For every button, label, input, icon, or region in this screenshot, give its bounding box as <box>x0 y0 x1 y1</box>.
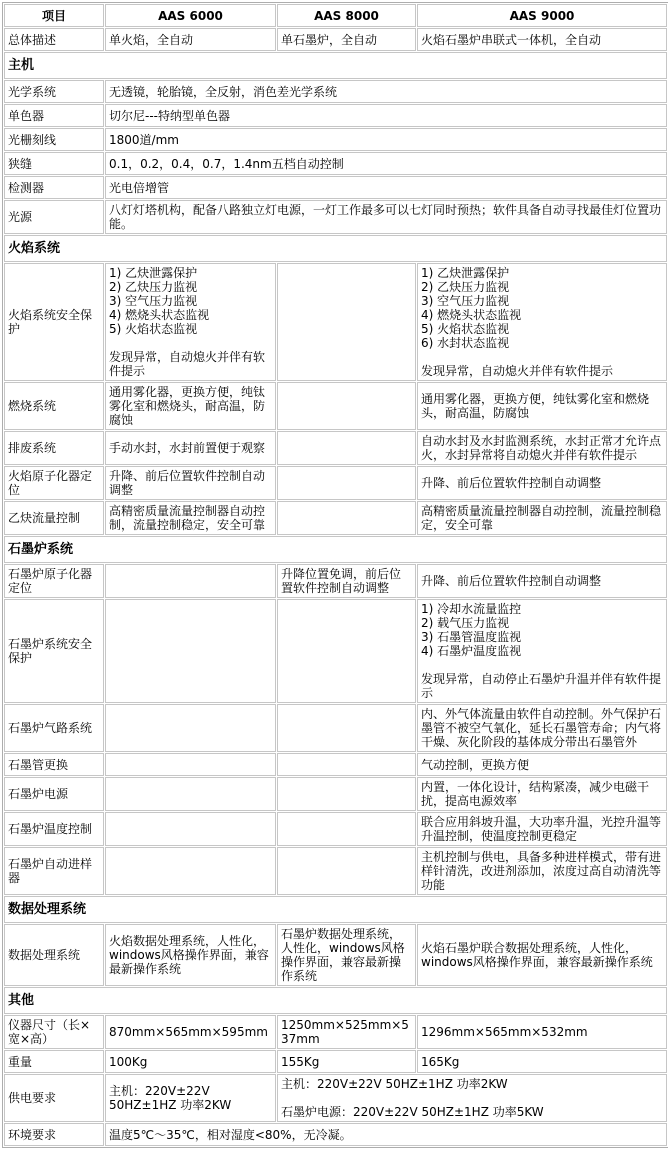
row-label-furnace-gas: 石墨炉气路系统 <box>4 704 104 752</box>
cell-furnace-gas-aas8000-empty <box>277 704 416 752</box>
row-weight: 重量 100Kg 155Kg 165Kg <box>4 1050 667 1073</box>
cell-furnace-temp-control-aas8000-empty <box>277 812 416 846</box>
cell-flame-atomizer-position-aas9000: 升降、前后位置软件控制自动调整 <box>417 466 667 500</box>
cell-optical-system-all: 无透镜，轮胎镜，全反射，消色差光学系统 <box>105 80 667 103</box>
cell-furnace-power-aas9000: 内置，一体化设计，结构紧凑，减少电磁干扰，提高电源效率 <box>417 777 667 811</box>
row-label-slit: 狭缝 <box>4 152 104 175</box>
row-tube-replacement: 石墨管更换 气动控制，更换方便 <box>4 753 667 776</box>
row-furnace-safety: 石墨炉系统安全保护 1) 冷却水流量监控 2) 载气压力监视 3) 石墨管温度监… <box>4 599 667 703</box>
cell-furnace-safety-aas6000-empty <box>105 599 276 703</box>
row-label-power-supply: 供电要求 <box>4 1074 104 1122</box>
header-aas8000: AAS 8000 <box>277 4 416 27</box>
cell-tube-replacement-aas6000-empty <box>105 753 276 776</box>
row-label-furnace-temp-control: 石墨炉温度控制 <box>4 812 104 846</box>
row-grating: 光栅刻线 1800道/mm <box>4 128 667 151</box>
row-overview: 总体描述 单火焰，全自动 单石墨炉，全自动 火焰石墨炉串联式一体机，全自动 <box>4 28 667 51</box>
section-title-host: 主机 <box>4 52 667 79</box>
cell-data-system-aas8000: 石墨炉数据处理系统，人性化，windows风格操作界面，兼容最新操作系统 <box>277 924 416 986</box>
row-label-dimensions: 仪器尺寸（长×宽×高） <box>4 1015 104 1049</box>
section-furnace: 石墨炉系统 <box>4 536 667 563</box>
row-detector: 检测器 光电倍增管 <box>4 176 667 199</box>
cell-autosampler-aas8000-empty <box>277 847 416 895</box>
cell-overview-aas8000: 单石墨炉，全自动 <box>277 28 416 51</box>
cell-weight-aas9000: 165Kg <box>417 1050 667 1073</box>
cell-autosampler-aas6000-empty <box>105 847 276 895</box>
row-label-tube-replacement: 石墨管更换 <box>4 753 104 776</box>
cell-drainage-aas6000: 手动水封，水封前置便于观察 <box>105 431 276 465</box>
row-label-furnace-safety: 石墨炉系统安全保护 <box>4 599 104 703</box>
cell-furnace-gas-aas6000-empty <box>105 704 276 752</box>
row-label-light-source: 光源 <box>4 200 104 234</box>
row-label-weight: 重量 <box>4 1050 104 1073</box>
cell-furnace-safety-aas8000-empty <box>277 599 416 703</box>
row-power-supply: 供电要求 主机：220V±22V 50HZ±1HZ 功率2KW 主机：220V±… <box>4 1074 667 1122</box>
row-label-furnace-power: 石墨炉电源 <box>4 777 104 811</box>
cell-furnace-atomizer-position-aas9000: 升降、前后位置软件控制自动调整 <box>417 564 667 598</box>
row-furnace-temp-control: 石墨炉温度控制 联合应用斜坡升温，大功率升温，光控升温等升温控制，使温度控制更稳… <box>4 812 667 846</box>
row-label-monochromator: 单色器 <box>4 104 104 127</box>
cell-furnace-atomizer-position-aas6000-empty <box>105 564 276 598</box>
cell-power-supply-aas6000: 主机：220V±22V 50HZ±1HZ 功率2KW <box>105 1074 276 1122</box>
row-label-flame-safety: 火焰系统安全保护 <box>4 263 104 381</box>
row-drainage: 排废系统 手动水封，水封前置便于观察 自动水封及水封监测系统，水封正常才允许点火… <box>4 431 667 465</box>
cell-weight-aas8000: 155Kg <box>277 1050 416 1073</box>
row-acetylene-flow: 乙炔流量控制 高精密质量流量控制器自动控制，流量控制稳定，安全可靠 高精密质量流… <box>4 501 667 535</box>
header-item: 项目 <box>4 4 104 27</box>
row-label-optical-system: 光学系统 <box>4 80 104 103</box>
header-aas9000: AAS 9000 <box>417 4 667 27</box>
row-optical-system: 光学系统 无透镜，轮胎镜，全反射，消色差光学系统 <box>4 80 667 103</box>
row-label-flame-atomizer-position: 火焰原子化器定位 <box>4 466 104 500</box>
cell-dimensions-aas6000: 870mm×565mm×595mm <box>105 1015 276 1049</box>
row-label-overview: 总体描述 <box>4 28 104 51</box>
row-furnace-power: 石墨炉电源 内置，一体化设计，结构紧凑，减少电磁干扰，提高电源效率 <box>4 777 667 811</box>
cell-data-system-aas6000: 火焰数据处理系统，人性化，windows风格操作界面，兼容最新操作系统 <box>105 924 276 986</box>
row-label-drainage: 排废系统 <box>4 431 104 465</box>
row-burner: 燃烧系统 通用雾化器，更换方便，纯钛雾化室和燃烧头，耐高温，防腐蚀 通用雾化器，… <box>4 382 667 430</box>
row-label-grating: 光栅刻线 <box>4 128 104 151</box>
cell-overview-aas6000: 单火焰，全自动 <box>105 28 276 51</box>
cell-furnace-temp-control-aas6000-empty <box>105 812 276 846</box>
table-header-row: 项目 AAS 6000 AAS 8000 AAS 9000 <box>4 4 667 27</box>
cell-furnace-gas-aas9000: 内、外气体流量由软件自动控制。外气保护石墨管不被空气氧化，延长石墨管寿命；内气将… <box>417 704 667 752</box>
row-label-detector: 检测器 <box>4 176 104 199</box>
row-flame-atomizer-position: 火焰原子化器定位 升降、前后位置软件控制自动调整 升降、前后位置软件控制自动调整 <box>4 466 667 500</box>
cell-furnace-power-aas6000-empty <box>105 777 276 811</box>
row-label-furnace-atomizer-position: 石墨炉原子化器定位 <box>4 564 104 598</box>
cell-flame-safety-aas8000-empty <box>277 263 416 381</box>
section-host: 主机 <box>4 52 667 79</box>
section-title-data-processing: 数据处理系统 <box>4 896 667 923</box>
cell-drainage-aas9000: 自动水封及水封监测系统，水封正常才允许点火，水封异常将自动熄火并伴有软件提示 <box>417 431 667 465</box>
row-flame-safety: 火焰系统安全保护 1) 乙炔泄露保护 2) 乙炔压力监视 3) 空气压力监视 4… <box>4 263 667 381</box>
row-autosampler: 石墨炉自动进样器 主机控制与供电，具备多种进样模式，带有进样针清洗，改进剂添加，… <box>4 847 667 895</box>
cell-detector-all: 光电倍增管 <box>105 176 667 199</box>
section-title-flame: 火焰系统 <box>4 235 667 262</box>
cell-dimensions-aas8000: 1250mm×525mm×537mm <box>277 1015 416 1049</box>
cell-flame-safety-aas9000: 1) 乙炔泄露保护 2) 乙炔压力监视 3) 空气压力监视 4) 燃烧头状态监视… <box>417 263 667 381</box>
header-aas6000: AAS 6000 <box>105 4 276 27</box>
row-light-source: 光源 八灯灯塔机构，配备八路独立灯电源，一灯工作最多可以七灯同时预热；软件具备自… <box>4 200 667 234</box>
row-furnace-atomizer-position: 石墨炉原子化器定位 升降位置免调，前后位置软件控制自动调整 升降、前后位置软件控… <box>4 564 667 598</box>
section-title-other: 其他 <box>4 987 667 1014</box>
cell-furnace-safety-aas9000: 1) 冷却水流量监控 2) 载气压力监视 3) 石墨管温度监视 4) 石墨炉温度… <box>417 599 667 703</box>
cell-environment-all: 温度5℃～35℃，相对湿度<80%，无冷凝。 <box>105 1123 667 1146</box>
cell-tube-replacement-aas8000-empty <box>277 753 416 776</box>
cell-tube-replacement-aas9000: 气动控制，更换方便 <box>417 753 667 776</box>
cell-burner-aas9000: 通用雾化器，更换方便，纯钛雾化室和燃烧头，耐高温，防腐蚀 <box>417 382 667 430</box>
row-label-environment: 环境要求 <box>4 1123 104 1146</box>
cell-weight-aas6000: 100Kg <box>105 1050 276 1073</box>
row-environment: 环境要求 温度5℃～35℃，相对湿度<80%，无冷凝。 <box>4 1123 667 1146</box>
cell-burner-aas8000-empty <box>277 382 416 430</box>
cell-grating-all: 1800道/mm <box>105 128 667 151</box>
cell-drainage-aas8000-empty <box>277 431 416 465</box>
cell-power-supply-aas8000-9000: 主机：220V±22V 50HZ±1HZ 功率2KW 石墨炉电源：220V±22… <box>277 1074 667 1122</box>
cell-furnace-atomizer-position-aas8000: 升降位置免调，前后位置软件控制自动调整 <box>277 564 416 598</box>
cell-flame-safety-aas6000: 1) 乙炔泄露保护 2) 乙炔压力监视 3) 空气压力监视 4) 燃烧头状态监视… <box>105 263 276 381</box>
row-slit: 狭缝 0.1，0.2，0.4，0.7，1.4nm五档自动控制 <box>4 152 667 175</box>
cell-burner-aas6000: 通用雾化器，更换方便，纯钛雾化室和燃烧头，耐高温，防腐蚀 <box>105 382 276 430</box>
cell-furnace-power-aas8000-empty <box>277 777 416 811</box>
cell-monochromator-all: 切尔尼---特纳型单色器 <box>105 104 667 127</box>
row-label-acetylene-flow: 乙炔流量控制 <box>4 501 104 535</box>
spec-comparison-table: 项目 AAS 6000 AAS 8000 AAS 9000 总体描述 单火焰，全… <box>2 2 668 1148</box>
cell-acetylene-flow-aas8000-empty <box>277 501 416 535</box>
row-monochromator: 单色器 切尔尼---特纳型单色器 <box>4 104 667 127</box>
row-data-system: 数据处理系统 火焰数据处理系统，人性化，windows风格操作界面，兼容最新操作… <box>4 924 667 986</box>
cell-acetylene-flow-aas9000: 高精密质量流量控制器自动控制，流量控制稳定，安全可靠 <box>417 501 667 535</box>
spec-page: 项目 AAS 6000 AAS 8000 AAS 9000 总体描述 单火焰，全… <box>0 0 668 1150</box>
cell-flame-atomizer-position-aas6000: 升降、前后位置软件控制自动调整 <box>105 466 276 500</box>
section-title-furnace: 石墨炉系统 <box>4 536 667 563</box>
cell-data-system-aas9000: 火焰石墨炉联合数据处理系统，人性化，windows风格操作界面，兼容最新操作系统 <box>417 924 667 986</box>
cell-furnace-temp-control-aas9000: 联合应用斜坡升温，大功率升温，光控升温等升温控制，使温度控制更稳定 <box>417 812 667 846</box>
section-data-processing: 数据处理系统 <box>4 896 667 923</box>
row-label-burner: 燃烧系统 <box>4 382 104 430</box>
cell-dimensions-aas9000: 1296mm×565mm×532mm <box>417 1015 667 1049</box>
row-label-data-system: 数据处理系统 <box>4 924 104 986</box>
row-dimensions: 仪器尺寸（长×宽×高） 870mm×565mm×595mm 1250mm×525… <box>4 1015 667 1049</box>
cell-acetylene-flow-aas6000: 高精密质量流量控制器自动控制，流量控制稳定，安全可靠 <box>105 501 276 535</box>
section-other: 其他 <box>4 987 667 1014</box>
row-label-autosampler: 石墨炉自动进样器 <box>4 847 104 895</box>
cell-slit-all: 0.1，0.2，0.4，0.7，1.4nm五档自动控制 <box>105 152 667 175</box>
cell-flame-atomizer-position-aas8000-empty <box>277 466 416 500</box>
section-flame: 火焰系统 <box>4 235 667 262</box>
cell-light-source-all: 八灯灯塔机构，配备八路独立灯电源，一灯工作最多可以七灯同时预热；软件具备自动寻找… <box>105 200 667 234</box>
row-furnace-gas: 石墨炉气路系统 内、外气体流量由软件自动控制。外气保护石墨管不被空气氧化，延长石… <box>4 704 667 752</box>
cell-overview-aas9000: 火焰石墨炉串联式一体机，全自动 <box>417 28 667 51</box>
cell-autosampler-aas9000: 主机控制与供电，具备多种进样模式，带有进样针清洗，改进剂添加，浓度过高自动清洗等… <box>417 847 667 895</box>
